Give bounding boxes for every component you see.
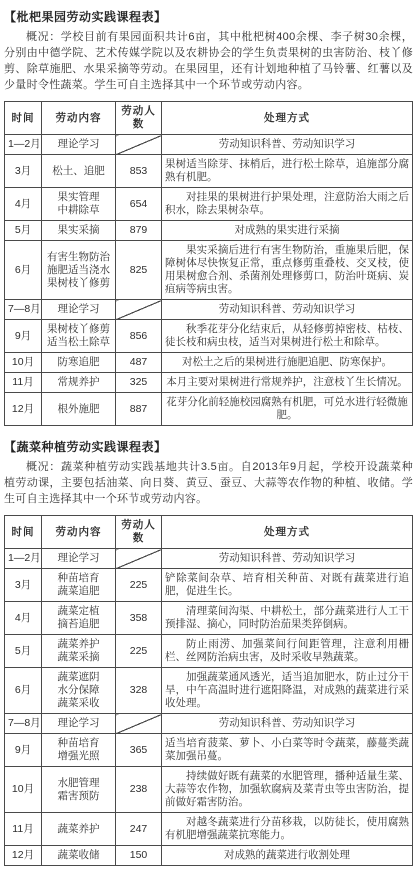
table-header-row: 时间 劳动内容 劳动人数 处理方式 xyxy=(5,102,413,135)
method-cell: 劳动知识科普、劳动知识学习 xyxy=(162,714,413,734)
table-row: 9月 种苗培育 增强光照 365 适当培育菠菜、萝卜、小白菜等时令蔬菜，藤蔓类蔬… xyxy=(5,734,413,767)
content-cell: 种苗培育 增强光照 xyxy=(42,734,116,767)
table-row: 10月 防寒追肥 487 对松土之后的果树进行施肥追肥、防寒保护。 xyxy=(5,353,413,373)
header-cell-time: 时间 xyxy=(5,102,42,135)
count-cell: 325 xyxy=(116,373,162,393)
content-cell: 果实管理 中耕除草 xyxy=(42,188,116,221)
time-cell: 6月 xyxy=(5,668,42,714)
method-cell: 本月主要对果树进行常规养护，注意枝丫生长情况。 xyxy=(162,373,413,393)
table-row: 6月 蔬菜遮阴 水分保障 蔬菜采收 328 加强蔬菜通风透光，适当追加肥水，防止… xyxy=(5,668,413,714)
section-title: 【蔬菜种植劳动实践课程表】 xyxy=(4,436,413,459)
header-cell-method: 处理方式 xyxy=(162,516,413,549)
time-cell: 9月 xyxy=(5,320,42,353)
table-row: 7—8月 理论学习 劳动知识科普、劳动知识学习 xyxy=(5,300,413,320)
method-cell: 对成熟的果实进行采摘 xyxy=(162,221,413,241)
table-row: 5月 果实采摘 879 对成熟的果实进行采摘 xyxy=(5,221,413,241)
time-cell: 11月 xyxy=(5,813,42,846)
count-cell: 358 xyxy=(116,602,162,635)
content-cell: 理论学习 xyxy=(42,549,116,569)
count-cell-diagonal xyxy=(116,549,162,569)
count-cell: 487 xyxy=(116,353,162,373)
content-cell: 蔬菜养护 xyxy=(42,813,116,846)
count-cell: 150 xyxy=(116,846,162,866)
section-loquat-orchard: 【枇杷果园劳动实践课程表】 概况：学校目前有果园面积共计6亩，其中枇杷树400余… xyxy=(4,6,413,426)
count-cell: 879 xyxy=(116,221,162,241)
time-cell: 4月 xyxy=(5,602,42,635)
content-cell: 蔬菜养护 蔬菜采摘 xyxy=(42,635,116,668)
content-cell: 水肥管理 霜害预防 xyxy=(42,767,116,813)
content-cell: 蔬菜收储 xyxy=(42,846,116,866)
time-cell: 7—8月 xyxy=(5,714,42,734)
table-row: 10月 水肥管理 霜害预防 238 持续做好既有蔬菜的水肥管理，播种适量生菜、大… xyxy=(5,767,413,813)
count-cell: 825 xyxy=(116,241,162,300)
method-cell: 劳动知识科普、劳动知识学习 xyxy=(162,300,413,320)
header-cell-time: 时间 xyxy=(5,516,42,549)
content-cell: 防寒追肥 xyxy=(42,353,116,373)
table-header-row: 时间 劳动内容 劳动人数 处理方式 xyxy=(5,516,413,549)
content-cell: 果树枝丫修剪 适当松土除草 xyxy=(42,320,116,353)
time-cell: 6月 xyxy=(5,241,42,300)
method-cell: 适当培育菠菜、萝卜、小白菜等时令蔬菜，藤蔓类蔬菜加强吊蔓。 xyxy=(162,734,413,767)
table-row: 7—8月 理论学习 劳动知识科普、劳动知识学习 xyxy=(5,714,413,734)
vegetable-course-table: 时间 劳动内容 劳动人数 处理方式 1—2月 理论学习 劳动知识科普、劳动知识学… xyxy=(4,515,413,866)
table-row: 12月 蔬菜收储 150 对成熟的蔬菜进行收割处理 xyxy=(5,846,413,866)
method-cell: 劳动知识科普、劳动知识学习 xyxy=(162,549,413,569)
count-cell: 654 xyxy=(116,188,162,221)
time-cell: 1—2月 xyxy=(5,135,42,155)
count-cell-diagonal xyxy=(116,135,162,155)
content-cell: 常规养护 xyxy=(42,373,116,393)
table-row: 1—2月 理论学习 劳动知识科普、劳动知识学习 xyxy=(5,135,413,155)
table-row: 6月 有害生物防治 施肥适当浇水 果树枝丫修剪 825 果实采摘后进行有害生物防… xyxy=(5,241,413,300)
content-cell: 松土、追肥 xyxy=(42,155,116,188)
header-cell-count: 劳动人数 xyxy=(116,102,162,135)
section-title: 【枇杷果园劳动实践课程表】 xyxy=(4,6,413,29)
time-cell: 10月 xyxy=(5,767,42,813)
count-cell: 853 xyxy=(116,155,162,188)
time-cell: 4月 xyxy=(5,188,42,221)
method-cell: 对越冬蔬菜进行分苗移栽，以防徒长，使用腐熟有机肥增强蔬菜抗寒能力。 xyxy=(162,813,413,846)
content-cell: 根外施肥 xyxy=(42,393,116,426)
loquat-course-table: 时间 劳动内容 劳动人数 处理方式 1—2月 理论学习 劳动知识科普、劳动知识学… xyxy=(4,101,413,426)
section-vegetable-planting: 【蔬菜种植劳动实践课程表】 概况：蔬菜种植劳动实践基地共计3.5亩。自2013年… xyxy=(4,436,413,866)
header-cell-content: 劳动内容 xyxy=(42,102,116,135)
time-cell: 5月 xyxy=(5,221,42,241)
method-cell: 防止雨涝、加强菜间行间距管理，注意利用栅栏、丝网防治病虫害，及时采收早熟蔬菜。 xyxy=(162,635,413,668)
method-cell: 铲除菜间杂草、培育相关种苗、对既有蔬菜进行追肥，促进生长。 xyxy=(162,569,413,602)
count-cell: 225 xyxy=(116,635,162,668)
time-cell: 3月 xyxy=(5,569,42,602)
method-cell: 加强蔬菜通风透光，适当追加肥水，防止过分干旱，中午高温时进行遮阳降温，对成熟的蔬… xyxy=(162,668,413,714)
method-cell: 对挂果的果树进行护果处理，注意防治大雨之后积水，除去果树杂草。 xyxy=(162,188,413,221)
method-cell: 果树适当除芽、抹梢后，进行松土除草，追施部分腐熟有机肥。 xyxy=(162,155,413,188)
header-cell-content: 劳动内容 xyxy=(42,516,116,549)
time-cell: 10月 xyxy=(5,353,42,373)
content-cell: 果实采摘 xyxy=(42,221,116,241)
table-row: 1—2月 理论学习 劳动知识科普、劳动知识学习 xyxy=(5,549,413,569)
method-cell: 持续做好既有蔬菜的水肥管理，播种适量生菜、大蒜等农作物，加强软腐病及菜青虫等虫害… xyxy=(162,767,413,813)
count-cell: 887 xyxy=(116,393,162,426)
content-cell: 种苗培育 蔬菜追肥 xyxy=(42,569,116,602)
header-cell-count: 劳动人数 xyxy=(116,516,162,549)
table-row: 12月 根外施肥 887 花芽分化前轻施校园腐熟有机肥，可兑水进行轻微施肥。 xyxy=(5,393,413,426)
count-cell: 225 xyxy=(116,569,162,602)
count-cell-diagonal xyxy=(116,300,162,320)
method-cell: 清理菜间沟渠、中耕松土，部分蔬菜进行人工干预排湿、摘心，同时防治茄果类猝倒病。 xyxy=(162,602,413,635)
method-cell: 劳动知识科普、劳动知识学习 xyxy=(162,135,413,155)
overview-paragraph: 概况：蔬菜种植劳动实践基地共计3.5亩。自2013年9月起，学校开设蔬菜种植劳动… xyxy=(4,459,413,507)
count-cell: 856 xyxy=(116,320,162,353)
content-cell: 蔬菜遮阴 水分保障 蔬菜采收 xyxy=(42,668,116,714)
table-row: 4月 果实管理 中耕除草 654 对挂果的果树进行护果处理，注意防治大雨之后积水… xyxy=(5,188,413,221)
content-cell: 理论学习 xyxy=(42,714,116,734)
content-cell: 理论学习 xyxy=(42,300,116,320)
method-cell: 花芽分化前轻施校园腐熟有机肥，可兑水进行轻微施肥。 xyxy=(162,393,413,426)
count-cell: 365 xyxy=(116,734,162,767)
overview-paragraph: 概况：学校目前有果园面积共计6亩，其中枇杷树400余棵、李子树30余棵，分别由中… xyxy=(4,29,413,93)
time-cell: 7—8月 xyxy=(5,300,42,320)
table-row: 5月 蔬菜养护 蔬菜采摘 225 防止雨涝、加强菜间行间距管理，注意利用栅栏、丝… xyxy=(5,635,413,668)
method-cell: 果实采摘后进行有害生物防治，重施果后肥，保障树体尽快恢复正常，重点修剪重叠枝、交… xyxy=(162,241,413,300)
table-row: 11月 常规养护 325 本月主要对果树进行常规养护，注意枝丫生长情况。 xyxy=(5,373,413,393)
method-cell: 对松土之后的果树进行施肥追肥、防寒保护。 xyxy=(162,353,413,373)
content-cell: 蔬菜定植 摘苔追肥 xyxy=(42,602,116,635)
count-cell: 238 xyxy=(116,767,162,813)
table-row: 9月 果树枝丫修剪 适当松土除草 856 秋季花芽分化结束后，从轻修剪掉密枝、枯… xyxy=(5,320,413,353)
content-cell: 理论学习 xyxy=(42,135,116,155)
time-cell: 1—2月 xyxy=(5,549,42,569)
method-cell: 秋季花芽分化结束后，从轻修剪掉密枝、枯枝、徒长枝和病虫枝，适当对果树进行松土和除… xyxy=(162,320,413,353)
count-cell: 247 xyxy=(116,813,162,846)
time-cell: 12月 xyxy=(5,846,42,866)
header-cell-method: 处理方式 xyxy=(162,102,413,135)
table-row: 3月 种苗培育 蔬菜追肥 225 铲除菜间杂草、培育相关种苗、对既有蔬菜进行追肥… xyxy=(5,569,413,602)
table-row: 11月 蔬菜养护 247 对越冬蔬菜进行分苗移栽，以防徒长，使用腐熟有机肥增强蔬… xyxy=(5,813,413,846)
method-cell: 对成熟的蔬菜进行收割处理 xyxy=(162,846,413,866)
count-cell: 328 xyxy=(116,668,162,714)
table-row: 3月 松土、追肥 853 果树适当除芽、抹梢后，进行松土除草，追施部分腐熟有机肥… xyxy=(5,155,413,188)
time-cell: 11月 xyxy=(5,373,42,393)
count-cell-diagonal xyxy=(116,714,162,734)
content-cell: 有害生物防治 施肥适当浇水 果树枝丫修剪 xyxy=(42,241,116,300)
time-cell: 5月 xyxy=(5,635,42,668)
time-cell: 3月 xyxy=(5,155,42,188)
time-cell: 9月 xyxy=(5,734,42,767)
table-row: 4月 蔬菜定植 摘苔追肥 358 清理菜间沟渠、中耕松土，部分蔬菜进行人工干预排… xyxy=(5,602,413,635)
time-cell: 12月 xyxy=(5,393,42,426)
